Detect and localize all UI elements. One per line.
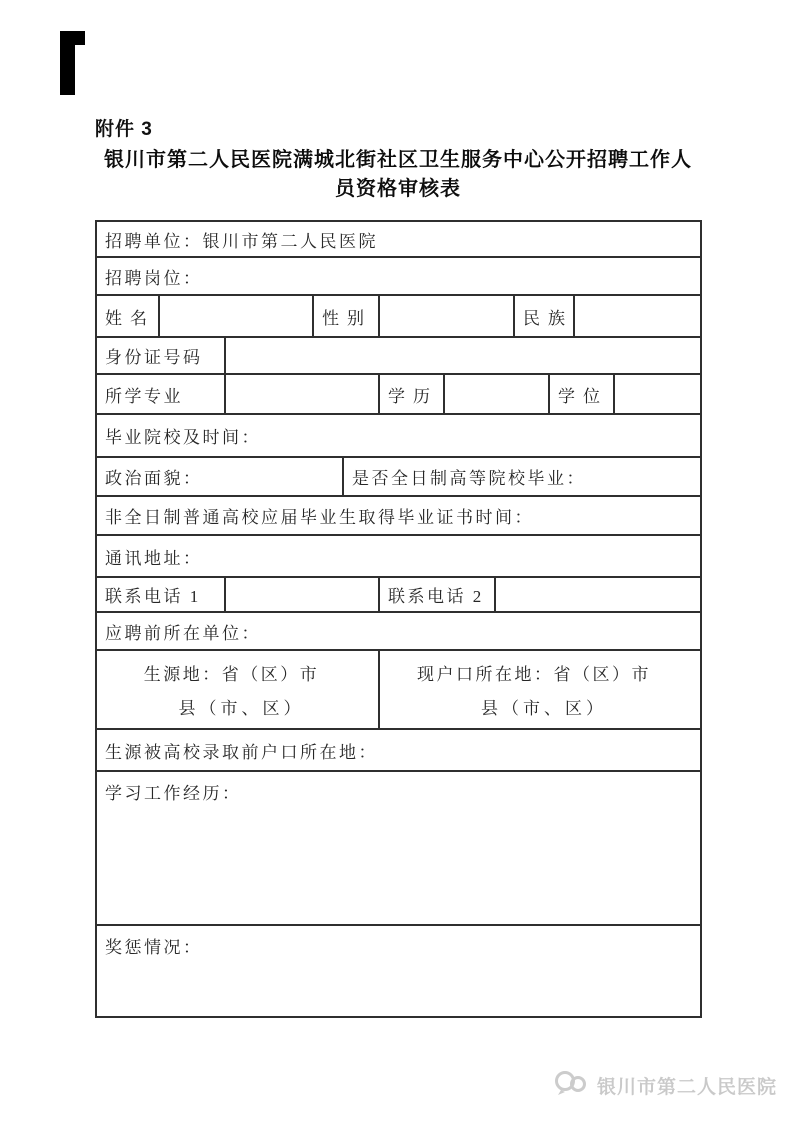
origin-cell: 生源地： 省（区） 市 县（市、区）	[97, 651, 380, 728]
row-name-gender-ethnicity: 姓名 性别 民族	[97, 296, 700, 338]
qualification-review-form-table: 招聘单位：银川市第二人民医院 招聘岗位： 姓名 性别 民族 身份证号码 所学专业…	[95, 220, 702, 1018]
document-title: 银川市第二人民医院满城北街社区卫生服务中心公开招聘工作人 员资格审核表	[92, 146, 704, 204]
current-residence-city-label: 市	[632, 660, 652, 685]
ethnicity-value-blank	[575, 296, 700, 336]
current-residence-label: 现户口所在地：	[417, 660, 554, 685]
mailing-address-label: 通讯地址：	[97, 536, 203, 576]
row-phones: 联系电话 1 联系电话 2	[97, 578, 700, 613]
row-political-status: 政治面貌： 是否全日制高等院校毕业：	[97, 458, 700, 497]
row-graduation-school-time: 毕业院校及时间：	[97, 415, 700, 458]
rewards-punishments-label: 奖惩情况：	[97, 926, 203, 1016]
current-residence-line1: 现户口所在地： 省（区） 市	[417, 660, 671, 685]
graduation-school-time-label: 毕业院校及时间：	[97, 415, 261, 456]
study-work-experience-label: 学习工作经历：	[97, 772, 242, 924]
degree-label: 学位	[550, 375, 615, 413]
hospital-watermark: 银川市第二人民医院	[552, 1068, 777, 1103]
current-residence-cell: 现户口所在地： 省（区） 市 县（市、区）	[380, 651, 700, 728]
major-label: 所学专业	[97, 375, 226, 413]
row-residence-before-college: 生源被高校录取前户口所在地：	[97, 730, 700, 772]
document-title-line2: 员资格审核表	[92, 175, 704, 204]
id-number-value-blank	[226, 338, 700, 373]
page-border-corner-mark	[60, 31, 85, 45]
hospital-logo-icon	[552, 1068, 590, 1103]
non-fulltime-cert-time-label: 非全日制普通高校应届毕业生取得毕业证书时间：	[97, 497, 534, 534]
origin-province-label: 省（区）	[222, 660, 300, 685]
gender-value-blank	[380, 296, 515, 336]
employer-before-label: 应聘前所在单位：	[97, 613, 261, 649]
phone1-label: 联系电话 1	[97, 578, 226, 611]
row-recruit-post: 招聘岗位：	[97, 258, 700, 296]
gender-label: 性别	[314, 296, 380, 336]
education-label: 学历	[380, 375, 445, 413]
row-id-number: 身份证号码	[97, 338, 700, 375]
id-number-label: 身份证号码	[97, 338, 226, 373]
document-title-line1: 银川市第二人民医院满城北街社区卫生服务中心公开招聘工作人	[92, 146, 704, 175]
fulltime-graduate-question-label: 是否全日制高等院校毕业：	[344, 458, 700, 495]
phone1-value-blank	[226, 578, 380, 611]
origin-line1: 生源地： 省（区） 市	[144, 660, 340, 685]
education-value-blank	[445, 375, 550, 413]
name-value-blank	[160, 296, 314, 336]
origin-label: 生源地：	[144, 660, 222, 685]
row-rewards-punishments: 奖惩情况：	[97, 926, 700, 1016]
phone2-value-blank	[496, 578, 700, 611]
recruit-unit-label: 招聘单位：银川市第二人民医院	[97, 222, 378, 256]
current-residence-county-label: 县（市、区）	[481, 694, 607, 719]
row-origin-residence: 生源地： 省（区） 市 县（市、区） 现户口所在地： 省（区） 市 县（市、区）	[97, 651, 700, 730]
hospital-watermark-text: 银川市第二人民医院	[597, 1072, 777, 1099]
attachment-label: 附件 3	[95, 114, 153, 141]
current-residence-province-label: 省（区）	[554, 660, 632, 685]
row-study-work-experience: 学习工作经历：	[97, 772, 700, 926]
phone2-label: 联系电话 2	[380, 578, 496, 611]
row-major-education-degree: 所学专业 学历 学位	[97, 375, 700, 415]
degree-value-blank	[615, 375, 700, 413]
political-status-label: 政治面貌：	[97, 458, 344, 495]
row-non-fulltime-cert-time: 非全日制普通高校应届毕业生取得毕业证书时间：	[97, 497, 700, 536]
row-employer-before: 应聘前所在单位：	[97, 613, 700, 651]
origin-city-label: 市	[300, 660, 320, 685]
row-mailing-address: 通讯地址：	[97, 536, 700, 578]
ethnicity-label: 民族	[515, 296, 575, 336]
row-recruit-unit: 招聘单位：银川市第二人民医院	[97, 222, 700, 258]
residence-before-college-label: 生源被高校录取前户口所在地：	[97, 730, 378, 770]
recruit-post-label: 招聘岗位：	[97, 258, 203, 294]
major-value-blank	[226, 375, 380, 413]
origin-county-label: 县（市、区）	[179, 694, 305, 719]
name-label: 姓名	[97, 296, 160, 336]
